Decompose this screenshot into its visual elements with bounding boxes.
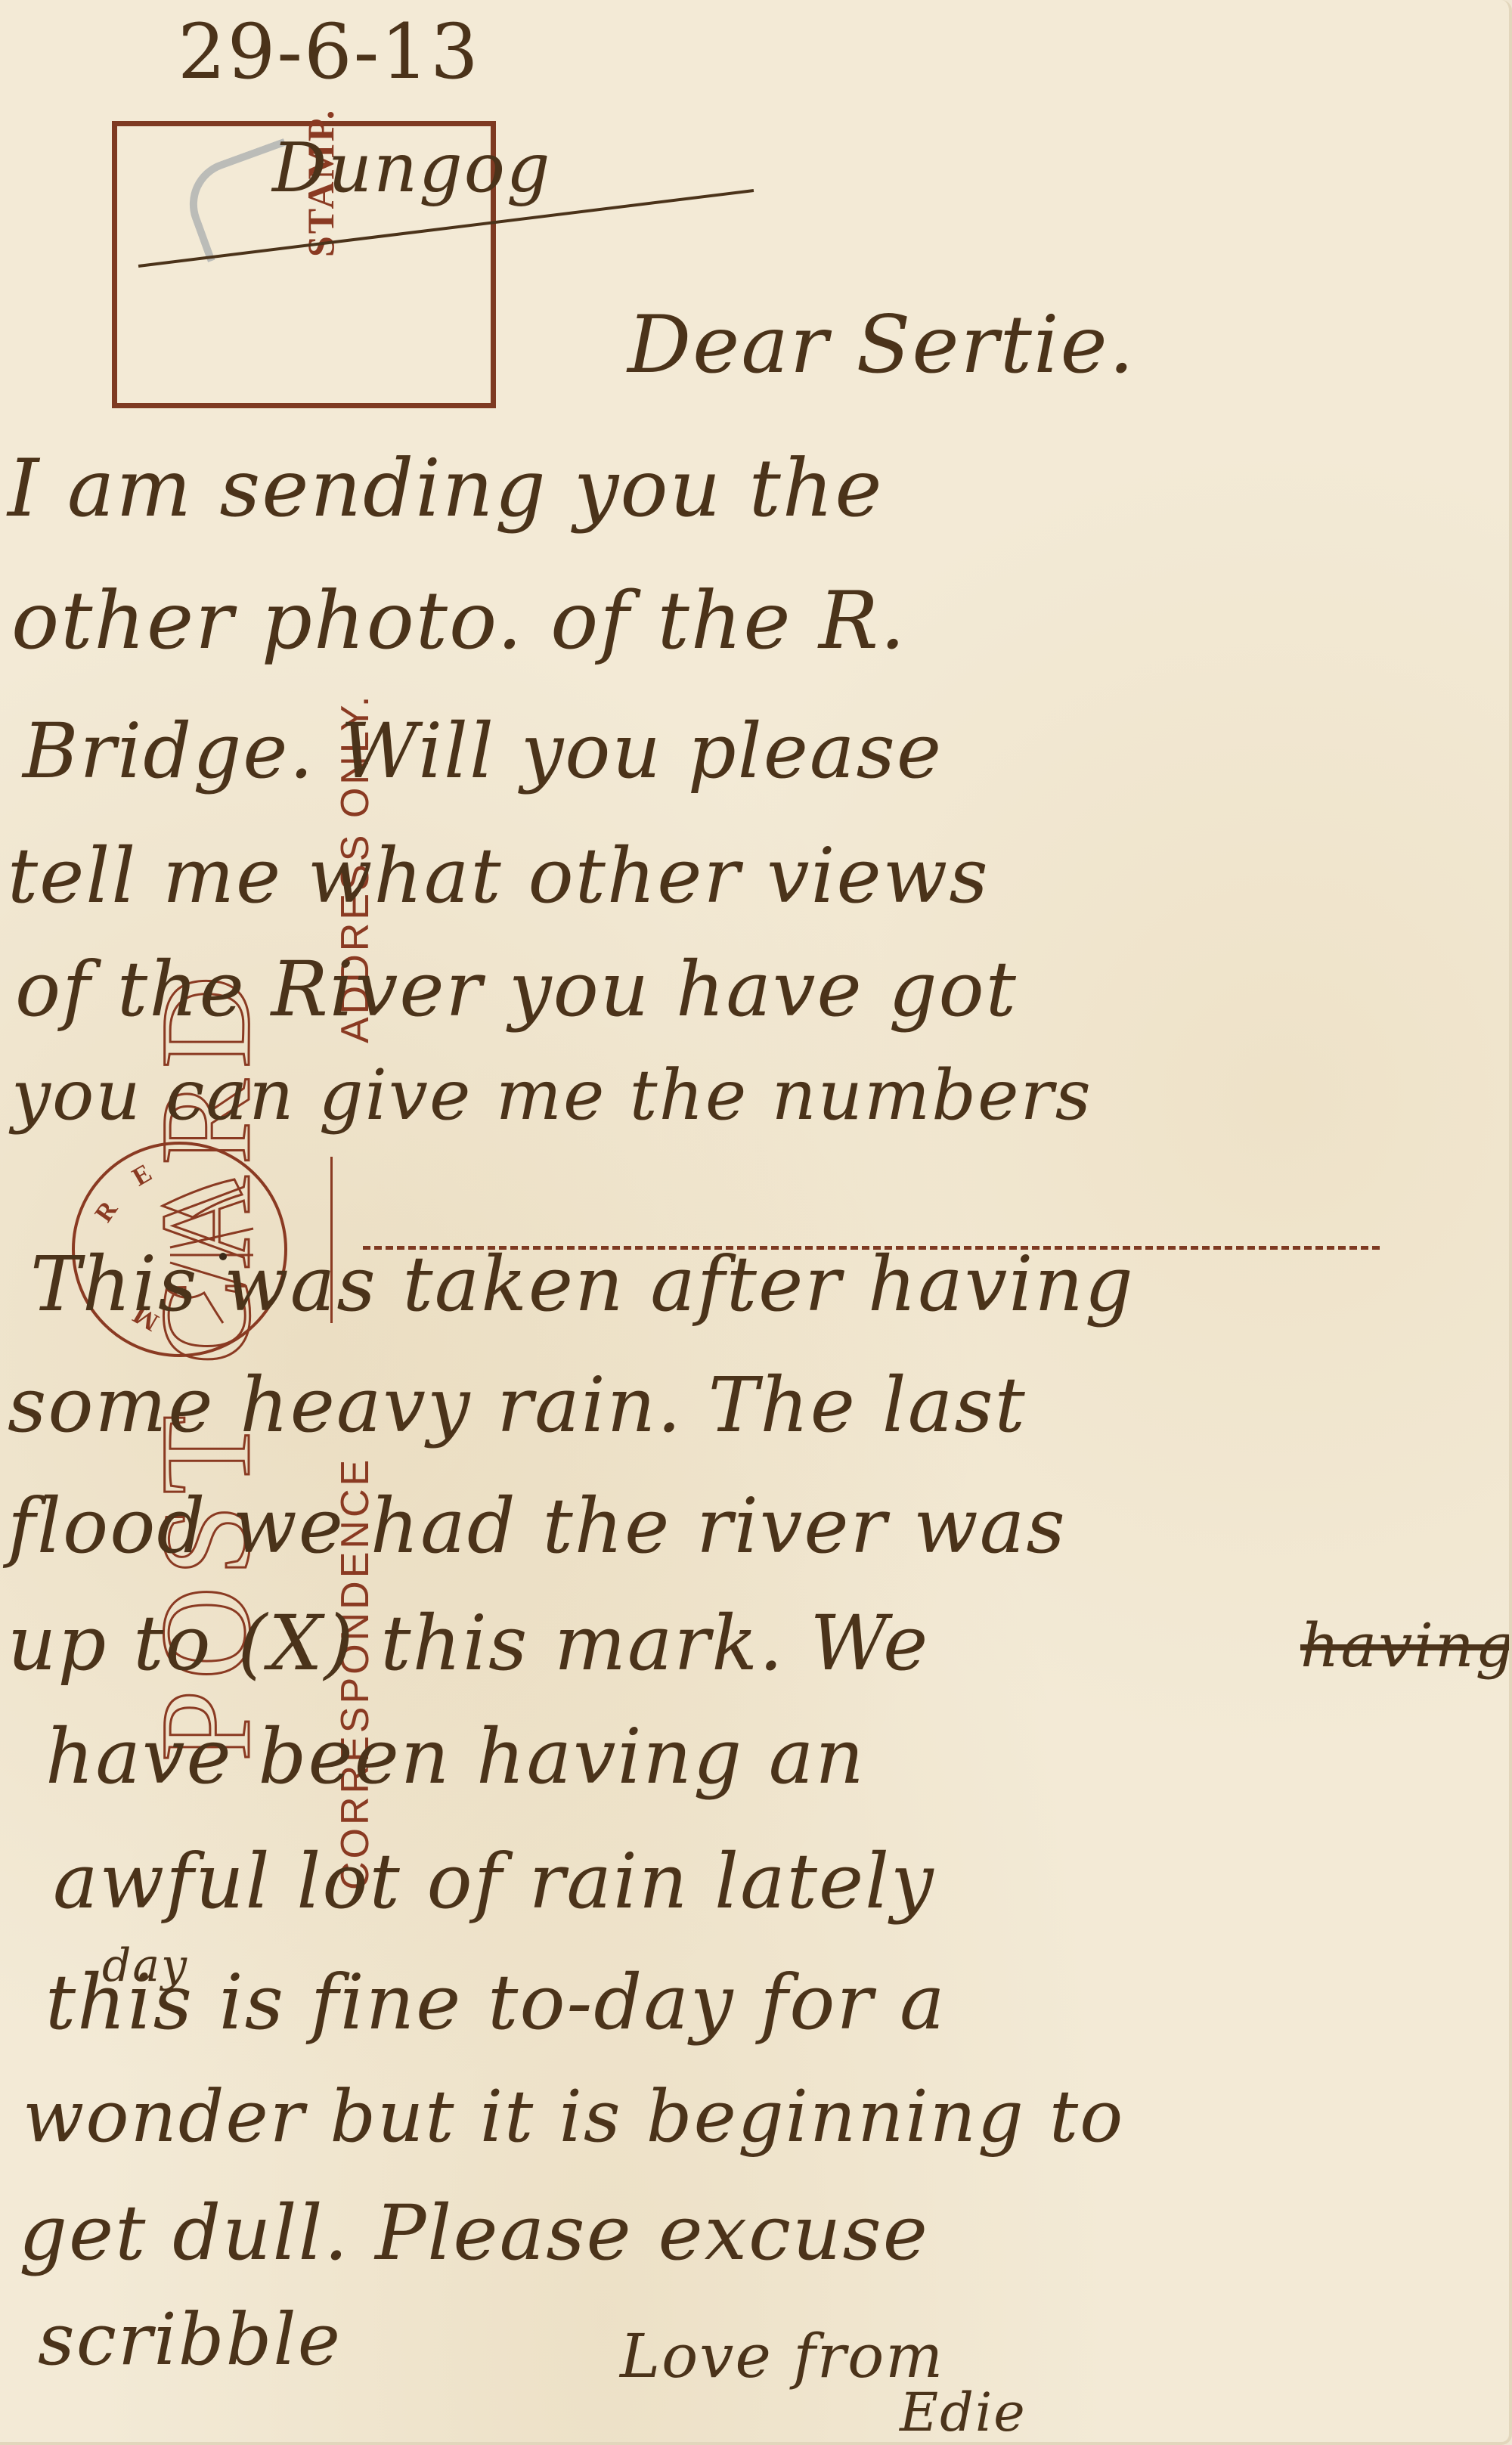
letter-line: this is fine to-day for a <box>45 1958 947 2047</box>
letter-line: other photo. of the R. <box>11 575 906 667</box>
reference-word: Dungog <box>272 129 552 208</box>
letter-line: scribble <box>38 2298 342 2381</box>
signature: Edie <box>900 2381 1027 2443</box>
letter-line: up to (X) this mark. We <box>8 1599 929 1687</box>
letter-line: tell me what other views <box>8 832 990 920</box>
letter-line: wonder but it is beginning to <box>23 2075 1124 2158</box>
struck-word: having <box>1300 1610 1512 1681</box>
letter-line: awful lot of rain lately <box>53 1837 935 1926</box>
salutation: Dear Sertie. <box>627 299 1136 391</box>
letter-line: flood we had the river was <box>8 1482 1067 1570</box>
letter-line: you can give me the numbers <box>11 1055 1092 1136</box>
closing: Love from <box>620 2321 944 2391</box>
letter-line: This was taken after having <box>30 1240 1135 1328</box>
date: 29-6-13 <box>178 8 480 96</box>
letter-line: Bridge. Will you please <box>23 707 943 795</box>
letter-line: of the River you have got <box>15 945 1018 1033</box>
postcard: STAMP. POST CARD ADDRESS ONLY. CORRESPON… <box>0 0 1512 2445</box>
letter-line: some heavy rain. The last <box>8 1361 1027 1449</box>
letter-line: I am sending you the <box>8 442 884 535</box>
letter-line: have been having an <box>45 1712 866 1801</box>
letter-line: get dull. Please excuse <box>19 2189 929 2277</box>
